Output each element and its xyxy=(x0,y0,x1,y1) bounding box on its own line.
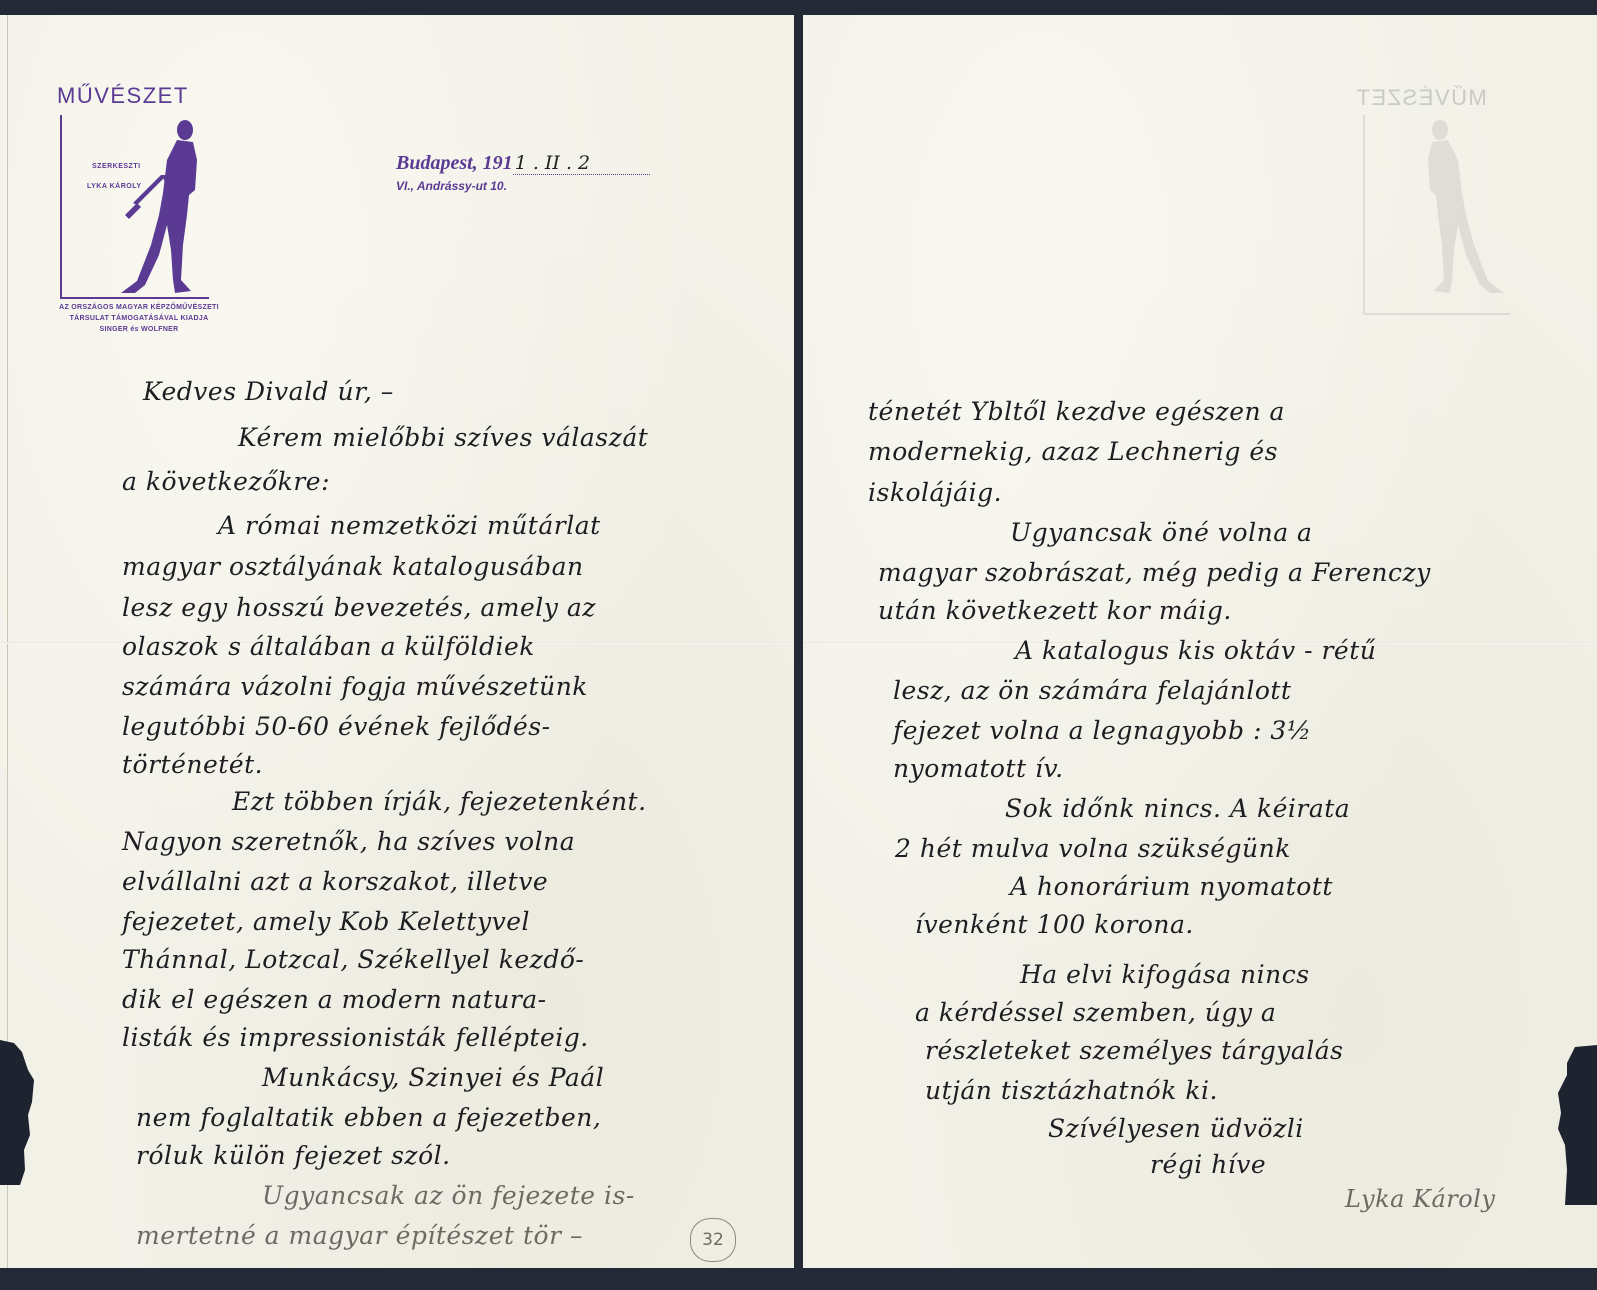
letter-line: iskolájáig. xyxy=(868,478,1002,507)
archive-page-number: 32 xyxy=(690,1218,736,1262)
binding-blot-left xyxy=(0,1040,40,1185)
letter-line: elvállalni azt a korszakot, illetve xyxy=(122,867,548,896)
signature: Lyka Károly xyxy=(1345,1185,1495,1213)
letter-line: Ha elvi kifogása nincs xyxy=(1020,960,1310,989)
letter-line: után következett kor máig. xyxy=(878,596,1232,625)
letter-line: ténetét Ybltől kezdve egészen a xyxy=(868,397,1285,426)
letterhead-footer-line2: TÁRSULAT TÁMOGATÁSÁVAL KIADJA xyxy=(44,313,234,324)
letterhead-footer-line1: AZ ORSZÁGOS MAGYAR KÉPZŐMŰVÉSZETI xyxy=(44,302,234,313)
letter-line: lesz egy hosszú bevezetés, amely az xyxy=(122,593,596,622)
letter-line: fejezetet, amely Kob Kelettyvel xyxy=(122,907,530,936)
letter-line: Ezt többen írják, fejezetenként. xyxy=(232,787,647,816)
salutation: Kedves Divald úr, – xyxy=(143,377,394,406)
binding-blot-right xyxy=(1555,1045,1597,1205)
letter-line: Sok időnk nincs. A kéirata xyxy=(1005,794,1350,823)
letter-line: Ugyancsak öné volna a xyxy=(1010,518,1312,547)
letter-line: magyar osztályának katalogusában xyxy=(122,552,584,581)
letter-line: A honorárium nyomatott xyxy=(1010,872,1333,901)
letter-line: részleteket személyes tárgyalás xyxy=(925,1036,1343,1065)
letter-line: történetét. xyxy=(122,750,263,779)
closing: Szívélyesen üdvözli xyxy=(1048,1114,1304,1143)
letter-line: a kérdéssel szemben, úgy a xyxy=(915,998,1276,1027)
letter-line: róluk külön fejezet szól. xyxy=(136,1141,451,1170)
letter-line: legutóbbi 50-60 évének fejlődés- xyxy=(122,712,551,741)
letterhead-title: MŰVÉSZET xyxy=(57,83,189,109)
letter-line: dik el egészen a modern natura- xyxy=(122,985,547,1014)
letter-line: Kérem mielőbbi szíves válaszát xyxy=(238,423,648,452)
dateline-city-year: Budapest, 191 xyxy=(396,152,513,174)
handwritten-date: 1 . II . 2 xyxy=(513,152,650,175)
closing: régi híve xyxy=(1150,1150,1266,1179)
letter-line: számára vázolni fogja művészetünk xyxy=(122,672,588,701)
letter-line: Ugyancsak az ön fejezete is- xyxy=(262,1181,635,1210)
letter-line: magyar szobrászat, még pedig a Ferenczy xyxy=(878,558,1431,587)
letter-line: a következőkre: xyxy=(122,467,330,496)
letter-line: Thánnal, Lotzcal, Székellyel kezdő- xyxy=(122,945,584,974)
standing-man-with-pistol-icon xyxy=(115,115,205,297)
ghost-letterhead-title: MŰVÉSZET xyxy=(1355,85,1487,111)
letter-line: nyomatott ív. xyxy=(893,754,1064,783)
letter-line: Nagyon szeretnők, ha szíves volna xyxy=(122,827,575,856)
letter-line: mertetné a magyar építészet tör – xyxy=(136,1221,583,1250)
letter-line: fejezet volna a legnagyobb : 3½ xyxy=(893,716,1311,745)
dateline: Budapest, 1911 . II . 2 xyxy=(396,152,650,175)
letterhead-address: VI., Andrássy-ut 10. xyxy=(396,179,507,193)
letter-line: A római nemzetközi műtárlat xyxy=(218,511,601,540)
ghost-letterhead-figure-icon xyxy=(1360,115,1510,325)
letterhead-footer-line3: SINGER és WOLFNER xyxy=(44,324,234,335)
letter-line: nem foglaltatik ebben a fejezetben, xyxy=(136,1103,601,1132)
letter-line: 2 hét mulva volna szükségünk xyxy=(895,834,1291,863)
left-page: MŰVÉSZET SZERKESZTI LYKA KÁROLY AZ ORSZÁ… xyxy=(0,15,794,1268)
letterhead-publisher: AZ ORSZÁGOS MAGYAR KÉPZŐMŰVÉSZETI TÁRSUL… xyxy=(44,302,234,335)
letter-line: Munkácsy, Szinyei és Paál xyxy=(262,1063,604,1092)
letter-line: olaszok s általában a külföldiek xyxy=(122,632,535,661)
letter-line: utján tisztázhatnók ki. xyxy=(925,1076,1218,1105)
letter-line: A katalogus kis oktáv - rétű xyxy=(1015,636,1376,665)
letter-line: listák és impressionisták fellépteig. xyxy=(122,1023,589,1052)
letter-line: modernekig, azaz Lechnerig és xyxy=(868,437,1278,466)
letter-line: ívenként 100 korona. xyxy=(915,910,1194,939)
letter-line: lesz, az ön számára felajánlott xyxy=(893,676,1291,705)
